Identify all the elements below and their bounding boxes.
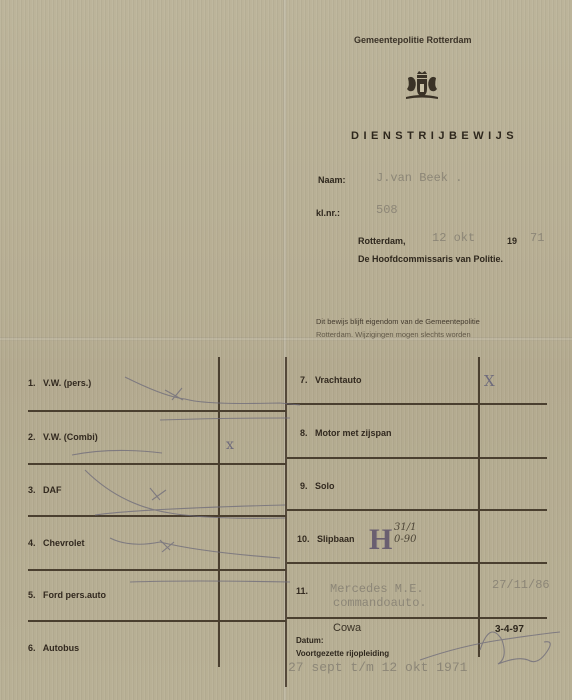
document-title: DIENSTRIJBEWIJS bbox=[351, 130, 518, 142]
row-separator bbox=[287, 403, 547, 405]
vehicle-row-9: 9. Solo bbox=[300, 481, 335, 491]
table-divider-right bbox=[478, 357, 480, 657]
row-number: 3. bbox=[28, 485, 36, 495]
row-number: 6. bbox=[28, 643, 36, 653]
row-label: Vrachtauto bbox=[315, 375, 362, 385]
slipbaan-handwritten-date: 31/10-90 bbox=[394, 522, 422, 546]
table-divider-fold bbox=[285, 357, 287, 687]
issuing-authority: De Hoofdcommissaris van Politie. bbox=[358, 254, 503, 264]
row-separator bbox=[28, 463, 286, 465]
course-dates: 27 sept t/m 12 okt 1971 bbox=[288, 660, 467, 675]
check-mark-icon: x bbox=[226, 437, 234, 453]
vehicle-row-11-typed-1: Mercedes M.E. bbox=[330, 582, 424, 596]
row-label: Ford pers.auto bbox=[43, 590, 106, 600]
row-label: Autobus bbox=[43, 643, 80, 653]
row-separator bbox=[28, 515, 286, 517]
row-number: 2. bbox=[28, 432, 36, 442]
row-separator bbox=[287, 509, 547, 511]
horizontal-fold bbox=[0, 337, 572, 341]
issue-place-label: Rotterdam, bbox=[358, 236, 406, 246]
row-number: 8. bbox=[300, 428, 308, 438]
vehicle-row-3: 3. DAF bbox=[28, 485, 62, 495]
row-label: Motor met zijspan bbox=[315, 428, 392, 438]
row-number: 4. bbox=[28, 538, 36, 548]
rotterdam-coat-of-arms-icon bbox=[404, 70, 440, 102]
organization-heading: Gemeentepolitie Rotterdam bbox=[354, 35, 472, 45]
vehicle-row-11-date: 27/11/86 bbox=[492, 578, 550, 592]
row-separator bbox=[287, 562, 547, 564]
row-separator bbox=[287, 457, 547, 459]
row-separator bbox=[28, 620, 286, 622]
row-label: Slipbaan bbox=[317, 534, 355, 544]
vehicle-row-2: 2. V.W. (Combi) bbox=[28, 432, 98, 442]
row-number: 1. bbox=[28, 378, 36, 388]
row-label: Solo bbox=[315, 481, 335, 491]
row-number: 7. bbox=[300, 375, 308, 385]
row-label: Chevrolet bbox=[43, 538, 85, 548]
row-label: V.W. (pers.) bbox=[43, 378, 91, 388]
vehicle-row-5: 5. Ford pers.auto bbox=[28, 590, 106, 600]
check-mark-icon: X bbox=[484, 372, 495, 390]
row-separator bbox=[28, 569, 286, 571]
number-label: kl.nr.: bbox=[316, 208, 340, 218]
notice-line-2: Rotterdam. Wijzigingen mogen slechts wor… bbox=[316, 330, 471, 339]
issue-century: 19 bbox=[507, 236, 517, 246]
row-label: V.W. (Combi) bbox=[43, 432, 98, 442]
row-label: DAF bbox=[43, 485, 62, 495]
row-number: 10. bbox=[297, 534, 310, 544]
datum-label: Datum: bbox=[296, 636, 324, 645]
course-label: Voortgezette rijopleiding bbox=[296, 649, 389, 658]
cowa-label: Cowa bbox=[333, 622, 361, 634]
row-number: 5. bbox=[28, 590, 36, 600]
issue-year-suffix: 71 bbox=[530, 231, 544, 245]
cowa-date: 3-4-97 bbox=[495, 624, 524, 635]
vehicle-row-10: 10. Slipbaan bbox=[297, 534, 355, 544]
vehicle-row-11-number: 11. bbox=[296, 586, 308, 596]
notice-line-1: Dit bewijs blijft eigendom van de Gemeen… bbox=[316, 317, 480, 326]
vehicle-row-6: 6. Autobus bbox=[28, 643, 79, 653]
row-separator bbox=[28, 410, 286, 412]
name-label: Naam: bbox=[318, 175, 346, 185]
vehicle-row-8: 8. Motor met zijspan bbox=[300, 428, 392, 438]
vehicle-row-7: 7. Vrachtauto bbox=[300, 375, 362, 385]
vehicle-row-11-typed-2: commandoauto. bbox=[333, 596, 427, 610]
row-number: 9. bbox=[300, 481, 308, 491]
issue-date-value: 12 okt bbox=[432, 231, 475, 245]
name-value: J.van Beek . bbox=[376, 171, 462, 185]
number-value: 508 bbox=[376, 203, 398, 217]
vehicle-row-4: 4. Chevrolet bbox=[28, 538, 85, 548]
slipbaan-stamp: H bbox=[369, 523, 392, 557]
vehicle-row-1: 1. V.W. (pers.) bbox=[28, 378, 91, 388]
row-separator bbox=[287, 617, 547, 619]
